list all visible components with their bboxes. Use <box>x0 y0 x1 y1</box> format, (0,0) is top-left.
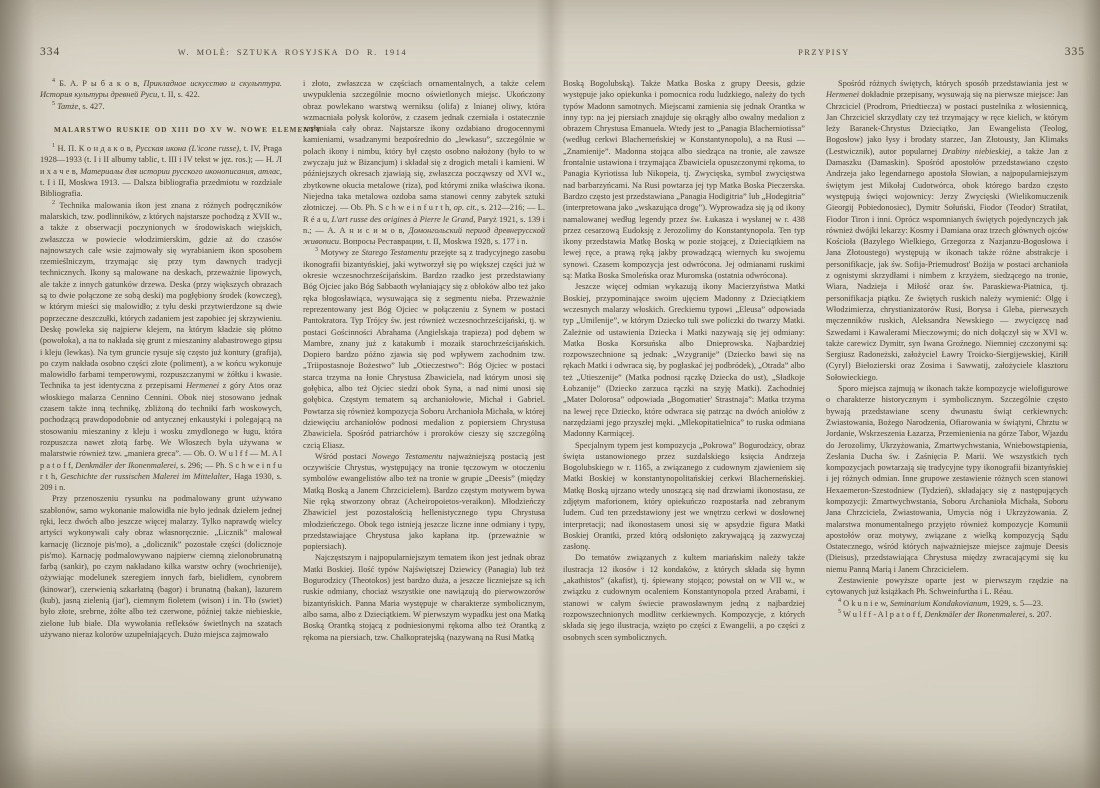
footnote: 4 Б. А. Р ы б а к о в, Прикладное искусс… <box>40 78 282 101</box>
book-spread: 334 W. MOLÈ: SZTUKA ROSYJSKA DO R. 1914 … <box>0 0 1100 788</box>
footnote-marker: 5 <box>838 609 841 615</box>
paragraph: Najczęstszym i najpopularniejszym temate… <box>303 552 545 642</box>
footnote: 5 W u l f f - A l p a t o f f, Denkmäler… <box>826 609 1068 620</box>
page-number-left: 334 <box>40 46 141 58</box>
paragraph: Zestawienie powyższe oparte jest w pierw… <box>826 575 1068 598</box>
running-title-left: W. MOLÈ: SZTUKA ROSYJSKA DO R. 1914 <box>141 48 444 57</box>
page-number-right: 335 <box>981 46 1085 58</box>
paragraph: Spośród różnych świętych, których sposób… <box>826 78 1068 383</box>
running-title-right: PRZYPISY <box>667 48 980 57</box>
paragraph: Sporo miejsca zajmują w ikonach także ko… <box>826 383 1068 575</box>
paragraph: Specjalnym typem jest kompozycja „Pokrow… <box>563 440 805 553</box>
page-335-header: PRZYPISY 335 <box>563 46 1085 62</box>
page-335: PRZYPISY 335 Boską Bogolubską). Także Ma… <box>563 46 1085 643</box>
page-334-header: 334 W. MOLÈ: SZTUKA ROSYJSKA DO R. 1914 <box>40 46 545 62</box>
section-heading: MALARSTWO RUSKIE OD XIII DO XV W. NOWE E… <box>54 125 282 136</box>
footnote: 2 Technika malowania ikon jest znana z r… <box>40 200 282 494</box>
footnote-marker: 1 <box>52 143 55 149</box>
page-335-columns: Boską Bogolubską). Także Matka Boska z g… <box>563 78 1085 643</box>
paragraph: Wśród postaci Nowego Testamentu najważni… <box>303 451 545 553</box>
footnote-marker: 2 <box>52 200 55 206</box>
footnote-marker: 3 <box>315 247 318 253</box>
page-334-columns: 4 Б. А. Р ы б а к о в, Прикладное искусс… <box>40 78 545 643</box>
footnote: 3 Motywy ze Starego Testamentu przejęte … <box>303 247 545 450</box>
page-edge-shadow-left <box>0 0 34 788</box>
footnote-marker: 4 <box>52 78 55 84</box>
footnote-marker: 4 <box>838 598 841 604</box>
page-334-column-2: i złoto, zwłaszcza w częściach ornamenta… <box>303 78 545 643</box>
paragraph: Przy przenoszeniu rysunku na podmalowany… <box>40 493 282 640</box>
paragraph: i złoto, zwłaszcza w częściach ornamenta… <box>303 78 545 247</box>
page-335-column-2: Spośród różnych świętych, których sposób… <box>826 78 1068 643</box>
page-334: 334 W. MOLÈ: SZTUKA ROSYJSKA DO R. 1914 … <box>40 46 545 643</box>
footnote-marker: 5 <box>52 101 55 107</box>
paragraph: Do tematów związanych z kultem mariański… <box>563 552 805 642</box>
paragraph: Boską Bogolubską). Także Matka Boska z g… <box>563 78 805 281</box>
page-335-column-1: Boską Bogolubską). Także Matka Boska z g… <box>563 78 805 643</box>
footnote: 5 Tamże, s. 427. <box>40 101 282 112</box>
paragraph: Jeszcze więcej odmian wykazują ikony Mac… <box>563 281 805 439</box>
footnote: 4 O k u n i e w, Seminarium Kondakovianu… <box>826 598 1068 609</box>
page-334-column-1: 4 Б. А. Р ы б а к о в, Прикладное искусс… <box>40 78 282 643</box>
page-edge-shadow-bottom <box>0 728 1100 788</box>
footnote: 1 Н. П. К о н д а к о в, Русская икона (… <box>40 143 282 199</box>
